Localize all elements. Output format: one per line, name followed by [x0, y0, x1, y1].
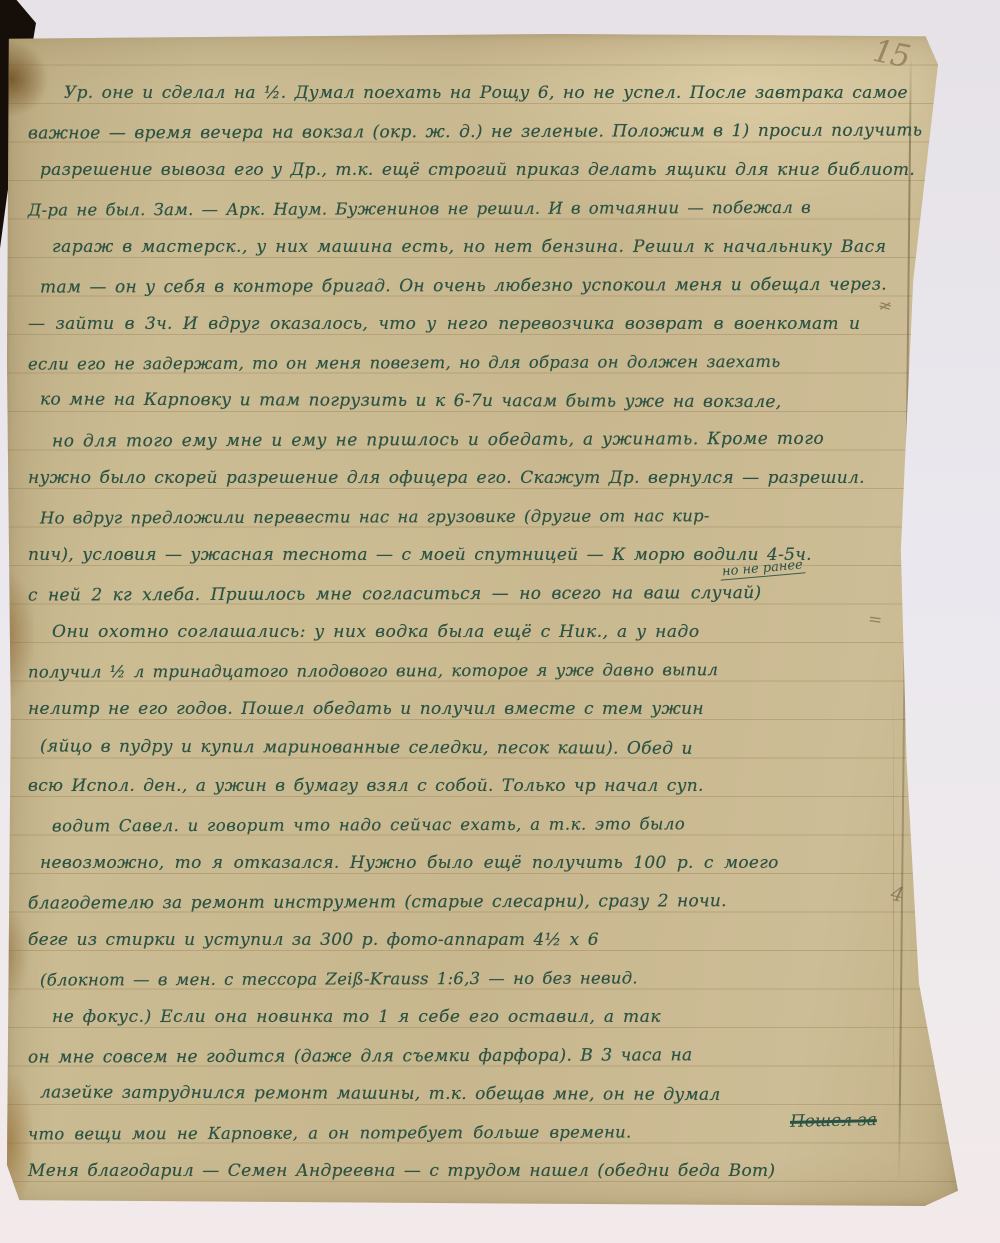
handwriting-line: невозможно, то я отказался. Нужно было е… [28, 844, 914, 883]
photo-background: 15 Ур. оне и сделал на ½. Думал поехать … [0, 0, 1000, 1243]
handwriting-line: что вещи мои не Карповке, а он потребует… [28, 1112, 914, 1154]
handwriting-line: водит Савел. и говорит что надо сейчас е… [28, 804, 914, 846]
pencil-margin-mark: = [866, 609, 883, 631]
handwriting-line: там — он у себя в конторе бригад. Он оче… [28, 265, 914, 307]
handwriting-line: Меня благодарил — Семен Андреевна — с тр… [28, 1152, 914, 1191]
handwriting-line: гараж в мастерск., у них машина есть, но… [28, 228, 914, 267]
handwriting-line: не фокус.) Если она новинка то 1 я себе … [28, 998, 914, 1037]
handwriting-line: ко мне на Карповку и там погрузить и к 6… [28, 380, 914, 422]
handwriting-line: (яйцо в пудру и купил маринованные селед… [28, 727, 914, 769]
handwriting-line: Д-ра не был. Зам. — Арк. Наум. Буженинов… [28, 188, 914, 230]
handwriting-line: беге из стирки и уступил за 300 р. фото-… [28, 921, 914, 960]
handwriting-line: разрешение вывоза его у Др., т.к. ещё ст… [28, 151, 914, 190]
handwriting-block: Ур. оне и сделал на ½. Думал поехать на … [28, 74, 914, 1191]
handwriting-line: Ур. оне и сделал на ½. Думал поехать на … [28, 74, 914, 113]
handwriting-line: благодетелю за ремонт инструмент (старые… [28, 881, 914, 923]
handwriting-line: нужно было скорей разрешение для офицера… [28, 459, 914, 498]
pencil-page-number: 15 [869, 33, 911, 75]
handwriting-line: важное — время вечера на вокзал (окр. ж.… [28, 111, 914, 153]
handwriting-line: получил ½ л тринадцатого плодового вина,… [28, 650, 914, 692]
handwriting-line: если его не задержат, то он меня повезет… [28, 342, 914, 384]
handwriting-line: — зайти в 3ч. И вдруг оказалось, что у н… [28, 305, 914, 344]
handwriting-line: с ней 2 кг хлеба. Пришлось мне согласить… [28, 573, 914, 615]
handwriting-line: (блокнот — в мен. с тессора Zeiß-Krauss … [28, 958, 914, 1000]
handwriting-line: лазейке затруднился ремонт машины, т.к. … [28, 1073, 914, 1115]
handwriting-line: но для того ему мне и ему не пришлось и … [28, 419, 914, 461]
handwriting-line: нелитр не его годов. Пошел обедать и пол… [28, 690, 914, 729]
manuscript-page: 15 Ур. оне и сделал на ½. Думал поехать … [6, 34, 958, 1206]
handwriting-line: Они охотно соглашались: у них водка была… [28, 613, 914, 652]
handwriting-line: всю Испол. ден., а ужин в бумагу взял с … [28, 767, 914, 806]
handwriting-line: он мне совсем не годится (даже для съемк… [28, 1035, 914, 1077]
struck-out-text: Пошел за [790, 1110, 877, 1132]
handwriting-line: Но вдруг предложили перевести нас на гру… [28, 496, 914, 538]
paper-stain [0, 906, 28, 1002]
